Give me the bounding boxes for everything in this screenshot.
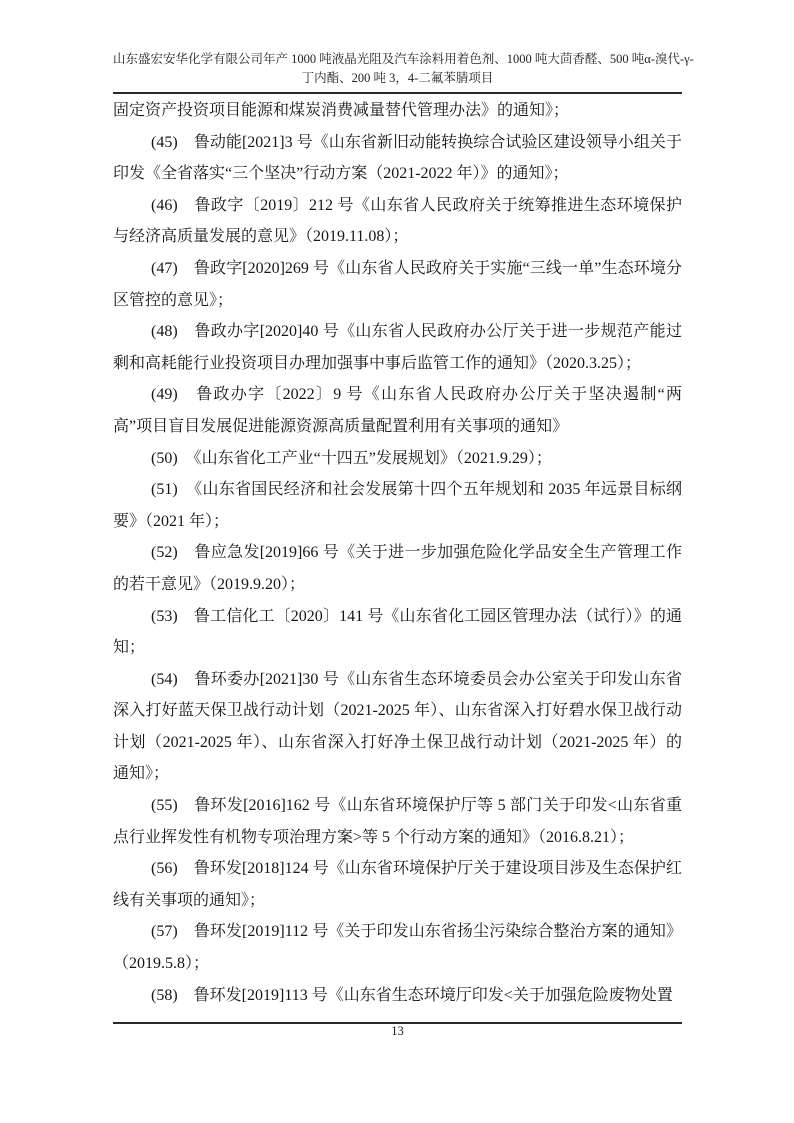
header-title-line-1: 山东盛宏安华化学有限公司年产 1000 吨液晶光阻及汽车涂料用着色剂、1000 …	[113, 50, 682, 69]
list-item-47: (47) 鲁政字[2020]269 号《山东省人民政府关于实施“三线一单”生态环…	[113, 253, 682, 316]
list-item-55: (55) 鲁环发[2016]162 号《山东省环境保护厅等 5 部门关于印发<山…	[113, 790, 682, 853]
list-item-50: (50) 《山东省化工产业“十四五”发展规划》（2021.9.29）；	[113, 443, 682, 475]
header-title-line-2: 丁内酯、200 吨 3，4-二氟苯腈项目	[113, 69, 682, 88]
list-item-58: (58) 鲁环发[2019]113 号《山东省生态环境厅印发<关于加强危险废物处…	[113, 980, 682, 1012]
page-number: 13	[113, 1024, 682, 1039]
list-item-53: (53) 鲁工信化工〔2020〕141 号《山东省化工园区管理办法（试行）》的通…	[113, 601, 682, 664]
page-header: 山东盛宏安华化学有限公司年产 1000 吨液晶光阻及汽车涂料用着色剂、1000 …	[113, 50, 682, 94]
document-body: 固定资产投资项目能源和煤炭消费减量替代管理办法》的通知》； (45) 鲁动能[2…	[113, 95, 682, 1011]
list-item-52: (52) 鲁应急发[2019]66 号《关于进一步加强危险化学品安全生产管理工作…	[113, 537, 682, 600]
list-item-54: (54) 鲁环委办[2021]30 号《山东省生态环境委员会办公室关于印发山东省…	[113, 664, 682, 790]
list-item-51: (51) 《山东省国民经济和社会发展第十四个五年规划和 2035 年远景目标纲要…	[113, 474, 682, 537]
list-item-56: (56) 鲁环发[2018]124 号《山东省环境保护厅关于建设项目涉及生态保护…	[113, 853, 682, 916]
list-item-46: (46) 鲁政字〔2019〕212 号《山东省人民政府关于统筹推进生态环境保护与…	[113, 190, 682, 253]
list-item-49: (49) 鲁政办字〔2022〕9 号《山东省人民政府办公厅关于坚决遏制“两高”项…	[113, 379, 682, 442]
document-page: 山东盛宏安华化学有限公司年产 1000 吨液晶光阻及汽车涂料用着色剂、1000 …	[0, 0, 794, 1123]
list-item-48: (48) 鲁政办字[2020]40 号《山东省人民政府办公厅关于进一步规范产能过…	[113, 316, 682, 379]
list-item-57: (57) 鲁环发[2019]112 号《关于印发山东省扬尘污染综合整治方案的通知…	[113, 916, 682, 979]
continuation-paragraph: 固定资产投资项目能源和煤炭消费减量替代管理办法》的通知》；	[113, 95, 682, 127]
list-item-45: (45) 鲁动能[2021]3 号《山东省新旧动能转换综合试验区建设领导小组关于…	[113, 127, 682, 190]
